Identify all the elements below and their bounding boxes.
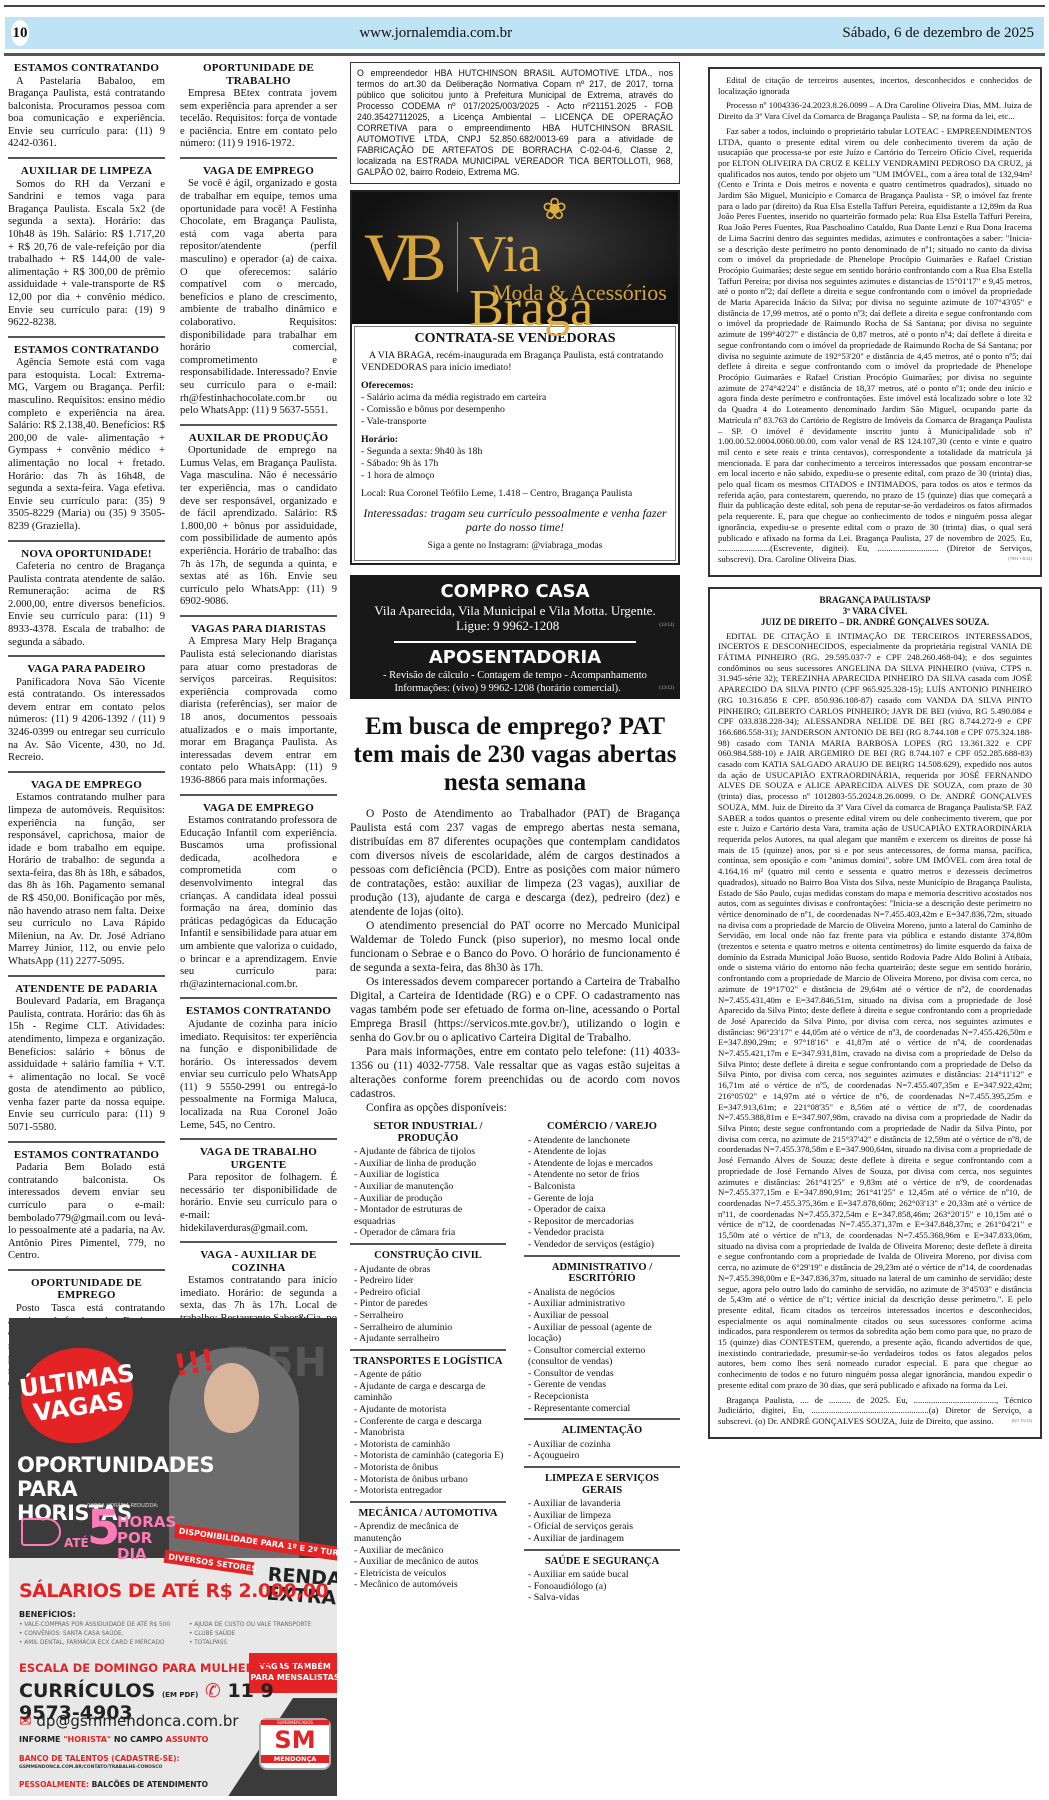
ad-title: VAGA PARA PADEIRO: [8, 663, 165, 676]
ad-title: VAGAS PARA DIARISTAS: [180, 623, 337, 636]
offer-item: - Comissão e bônus por desempenho: [361, 404, 669, 416]
banco-talentos-label: BANCO DE TALENTOS (CADASTRE-SE):: [19, 1754, 180, 1763]
job-item: - Manobrista: [350, 1427, 506, 1439]
ad-title: ESTAMOS CONTRATANDO: [180, 1005, 337, 1018]
ad-title: VAGA DE EMPREGO: [180, 165, 337, 178]
job-ad: VAGA DE TRABALHO URGENTEPara repositor d…: [180, 1146, 337, 1243]
exclamation-icon: !!!: [171, 1343, 218, 1385]
informe-text: NO CAMPO: [114, 1735, 163, 1744]
job-item: - Mecânico de automóveis: [350, 1579, 506, 1591]
ad-title: ESTAMOS CONTRATANDO: [8, 62, 165, 75]
page-number: 10: [11, 20, 29, 46]
job-item: - Oficial de serviços gerais: [524, 1521, 680, 1533]
job-item: - Serralheiro de alumínio: [350, 1322, 506, 1334]
job-item: - Auxiliar de mecânico de autos: [350, 1556, 506, 1568]
job-item: - Consultor comercial externo (consultor…: [524, 1345, 680, 1368]
notice-header: BRAGANÇA PAULISTA/SP 3ª VARA CÍVEL JUIZ …: [718, 595, 1032, 628]
job-item: - Auxiliar de lavanderia: [524, 1498, 680, 1510]
job-item: - Motorista de caminhão (categoria E): [350, 1450, 506, 1462]
informe-keyword: ASSUNTO: [166, 1735, 209, 1744]
ad-tag: (13/12): [659, 682, 674, 695]
job-category: ADMINISTRATIVO / ESCRITÓRIO- Analista de…: [524, 1262, 680, 1421]
benefit-item: • AJUDA DE CUSTO OU VALE TRANSPORTE: [189, 1621, 329, 1630]
job-item: - Ajudante de carga e descarga de caminh…: [350, 1381, 506, 1404]
job-item: - Motorista entregador: [350, 1485, 506, 1497]
job-ad: VAGAS PARA DIARISTASA Empresa Mary Help …: [180, 623, 337, 796]
notice-tag: (7951 • 6/12): [1000, 554, 1032, 565]
job-item: - Auxiliar de linha de produção: [350, 1158, 506, 1170]
pessoalmente-value: BALCÕES DE ATENDIMENTO: [92, 1780, 208, 1789]
job-ad: ESTAMOS CONTRATANDOPadaria Bem Bolado es…: [8, 1149, 165, 1271]
job-item: - Pedreiro líder: [350, 1275, 506, 1287]
legal-notices-column: Edital de citação de terceiros ausentes,…: [708, 67, 1042, 1439]
aposentadoria-info: Informações: (vivo) 9 9962-1208 (horário…: [356, 682, 674, 695]
category-title: LIMPEZA E SERVIÇOS GERAIS: [524, 1473, 680, 1496]
informe-line: INFORME "HORISTA" NO CAMPO ASSUNTO: [19, 1735, 208, 1744]
ad-title: VAGA DE EMPREGO: [8, 779, 165, 792]
job-item: - Auxiliar de mecânico: [350, 1545, 506, 1557]
classifieds-column-2: OPORTUNIDADE DE TRABALHOEmpresa BEtex co…: [180, 62, 337, 1401]
job-ad: NOVA OPORTUNIDADE!Cafeteria no centro de…: [8, 548, 165, 658]
category-title: COMÉRCIO / VAREJO: [524, 1121, 680, 1133]
aposentadoria-title: APOSENTADORIA: [356, 647, 674, 669]
job-item: - Pintor de paredes: [350, 1298, 506, 1310]
benefit-item: • TOTALPASS: [189, 1639, 329, 1648]
job-item: - Auxiliar de pessoal (agente de locação…: [524, 1322, 680, 1345]
offer-item: - Vale-transporte: [361, 416, 669, 428]
hours-label: Horário:: [361, 434, 669, 446]
notice-body: Faz saber a todos, incluindo o proprietá…: [718, 126, 1032, 565]
ad-tag: (13/12): [659, 618, 674, 633]
hours-item: - Sábado: 9h às 17h: [361, 458, 669, 470]
pessoalmente-line: PESSOALMENTE: BALCÕES DE ATENDIMENTO: [19, 1780, 208, 1789]
job-item: - Operador de câmara fria: [350, 1227, 506, 1239]
benefit-item: • CLUBE SAÚDE: [189, 1630, 329, 1639]
job-item: - Gerente de loja: [524, 1193, 680, 1205]
job-item: - Atendente no setor de frios: [524, 1169, 680, 1181]
job-item: - Ajudante de fábrica de tijolos: [350, 1146, 506, 1158]
job-category: COMÉRCIO / VAREJO- Atendente de lanchone…: [524, 1121, 680, 1257]
job-item: - Atendente de lanchonete: [524, 1135, 680, 1147]
job-item: - Vendedor de serviços (estágio): [524, 1239, 680, 1251]
via-braga-body: CONTRATA-SE VENDEDORAS A VIA BRAGA, recé…: [354, 326, 676, 561]
classifieds-column-1: ESTAMOS CONTRATANDOA Pastelaria Babaloo,…: [8, 62, 165, 1416]
ad-body: Cafeteria no centro de Bragança Paulista…: [8, 561, 165, 649]
job-item: - Auxiliar de limpeza: [524, 1510, 680, 1522]
job-item: - Auxiliar de pessoal: [524, 1310, 680, 1322]
via-braga-banner: ❀ VB Via Braga Moda & Acessórios: [352, 192, 678, 324]
job-ad: ESTAMOS CONTRATANDOA Pastelaria Babaloo,…: [8, 62, 165, 159]
instagram-handle[interactable]: Siga a gente no Instagram: @viabraga_mod…: [361, 540, 669, 552]
brand-tagline: Moda & Acessórios: [492, 280, 667, 306]
notice-process: Processo nº 1004336-24.2023.8.26.0099 – …: [718, 100, 1032, 121]
job-item: - Recepcionista: [524, 1391, 680, 1403]
job-category: SETOR INDUSTRIAL / PRODUÇÃO- Ajudante de…: [350, 1121, 506, 1245]
job-item: - Agente de pátio: [350, 1369, 506, 1381]
banco-talentos-url[interactable]: GSMMENDONCA.COM.BR/CONTATO/TRABALHE-CONO…: [19, 1765, 162, 1770]
ad-body: Estamos contratando professora de Educaç…: [180, 815, 337, 991]
article-paragraph: O Posto de Atendimento ao Trabalhador (P…: [350, 807, 680, 919]
job-item: - Operador de caixa: [524, 1204, 680, 1216]
ad-title: VAGA DE TRABALHO URGENTE: [180, 1146, 337, 1171]
call-to-action: Interessadas: tragam seu currículo pesso…: [361, 506, 669, 534]
job-ad: VAGA DE EMPREGOEstamos contratando mulhe…: [8, 779, 165, 977]
job-item: - Eletricista de veículos: [350, 1568, 506, 1580]
top-rule: [4, 5, 1045, 7]
email-address[interactable]: dp@gsmmendonca.com.br: [36, 1712, 238, 1730]
job-item: - Atendente de lojas e mercados: [524, 1158, 680, 1170]
job-ad: OPORTUNIDADE DE TRABALHOEmpresa BEtex co…: [180, 62, 337, 159]
benefit-item: • VALE-COMPRAS POR ASSIDUIDADE DE ATÉ R$…: [19, 1621, 189, 1630]
ad-body: Empresa BEtex contrata jovem sem experiê…: [180, 88, 337, 151]
categories-left: SETOR INDUSTRIAL / PRODUÇÃO- Ajudante de…: [350, 1121, 506, 1613]
ad-title: AUXILAR DE PRODUÇÃO: [180, 432, 337, 445]
job-item: - Auxiliar de produção: [350, 1193, 506, 1205]
info-text: Informações: (vivo) 9 9962-1208 (horário…: [395, 683, 621, 694]
ad-title: ESTAMOS CONTRATANDO: [8, 344, 165, 357]
job-item: - Motorista de caminhão: [350, 1439, 506, 1451]
job-item: - Vendedor pracista: [524, 1227, 680, 1239]
ad-title: ATENDENTE DE PADARIA: [8, 983, 165, 996]
job-item: - Representante comercial: [524, 1403, 680, 1415]
job-item: - Salva-vidas: [524, 1592, 680, 1604]
ad-title: OPORTUNIDADE DE EMPREGO: [8, 1277, 165, 1302]
notice-court: 3ª VARA CÍVEL: [718, 606, 1032, 617]
job-category: LIMPEZA E SERVIÇOS GERAIS- Auxiliar de l…: [524, 1473, 680, 1551]
job-ad: ESTAMOS CONTRATANDOAjudante de cozinha p…: [180, 1005, 337, 1140]
compro-casa-line: Vila Aparecida, Vila Municipal e Vila Mo…: [356, 603, 674, 618]
classified-box: COMPRO CASA Vila Aparecida, Vila Municip…: [350, 575, 680, 699]
job-item: - Repositor de mercadorias: [524, 1216, 680, 1228]
ad-title: OPORTUNIDADE DE TRABALHO: [180, 62, 337, 87]
job-item: - Atendente de lojas: [524, 1146, 680, 1158]
offer-label: Oferecemos:: [361, 380, 669, 392]
job-categories: SETOR INDUSTRIAL / PRODUÇÃO- Ajudante de…: [350, 1121, 680, 1613]
sm-mendonca-logo: SUPERMERCADOS SM MENDONÇA: [259, 1718, 331, 1770]
job-category: CONSTRUÇÃO CIVIL- Ajudante de obras- Ped…: [350, 1250, 506, 1351]
job-item: - Analista de negócios: [524, 1287, 680, 1299]
hours-item: - 1 hora de almoço: [361, 470, 669, 482]
job-item: - Auxiliar de jardinagem: [524, 1533, 680, 1545]
ad-body: A Pastelaria Babaloo, em Bragança Paulis…: [8, 76, 165, 152]
benefit-item: • CONVÊNIOS: SANTA CASA SAÚDE,: [19, 1630, 189, 1639]
job-item: - Auxiliar de cozinha: [524, 1439, 680, 1451]
article-paragraph: Os interessados devem comparecer portand…: [350, 975, 680, 1045]
legal-notice-1: Edital de citação de terceiros ausentes,…: [708, 67, 1042, 577]
article-paragraph: Para mais informações, entre em contato …: [350, 1045, 680, 1101]
job-item: - Motorista de ônibus urbano: [350, 1474, 506, 1486]
whatsapp-icon: ✆: [205, 1680, 221, 1702]
location: Local: Rua Coronel Teófilo Leme, 1.418 –…: [361, 488, 669, 500]
ad-title: VAGA DE EMPREGO: [180, 802, 337, 815]
job-category: TRANSPORTES E LOGÍSTICA- Agente de pátio…: [350, 1356, 506, 1503]
notice-body: EDITAL DE CITAÇÃO E INTIMAÇÃO DE TERCEIR…: [718, 631, 1032, 1391]
job-item: - Ajudante de obras: [350, 1264, 506, 1276]
divider: [394, 641, 636, 643]
ad-body: Padaria Bem Bolado está contratando balc…: [8, 1162, 165, 1263]
ad-title: NOVA OPORTUNIDADE!: [8, 548, 165, 561]
em-pdf-label: (EM PDF): [162, 1691, 198, 1699]
megaphone-icon: [21, 1518, 61, 1546]
informe-keyword: "HORISTA": [63, 1735, 111, 1744]
job-ad: VAGA PARA PADEIROPanificadora Nova São V…: [8, 663, 165, 773]
salary-line: SÁLARIOS DE ATÉ R$ 2.000,00: [19, 1580, 328, 1602]
notice-tag: (6/1 15/12): [1004, 1416, 1032, 1427]
five-number: 5: [87, 1504, 120, 1552]
job-ad: VAGA DE EMPREGOSe você é ágil, organizad…: [180, 165, 337, 426]
job-item: - Motorista de ônibus: [350, 1462, 506, 1474]
ad-title: AUXILIAR DE LIMPEZA: [8, 165, 165, 178]
job-item: - Açougueiro: [524, 1450, 680, 1462]
vb-monogram: VB: [364, 222, 434, 292]
notice-closing: Bragança Paulista, .... de .......... de…: [718, 1395, 1032, 1427]
job-category: MECÂNICA / AUTOMOTIVA- Aprendiz de mecân…: [350, 1508, 506, 1595]
job-item: - Auxiliar de manutenção: [350, 1181, 506, 1193]
article-paragraph: Confira as opções disponíveis:: [350, 1101, 680, 1115]
notice-judge: JUIZ DE DIREITO – DR. ANDRÉ GONÇALVES SO…: [718, 617, 1032, 628]
ad-title: VAGA - AUXILIAR DE COZINHA: [180, 1249, 337, 1274]
job-item: - Pedreiro oficial: [350, 1287, 506, 1299]
job-item: - Ajudante de motorista: [350, 1404, 506, 1416]
ad-body: Somos do RH da Verzani e Sandrini e temo…: [8, 179, 165, 330]
job-item: - Auxiliar em saúde bucal: [524, 1569, 680, 1581]
notice-city: BRAGANÇA PAULISTA/SP: [718, 595, 1032, 606]
job-item: - Gerente de vendas: [524, 1379, 680, 1391]
notice-heading: Edital de citação de terceiros ausentes,…: [718, 75, 1032, 96]
ate-label: ATÉ: [64, 1536, 89, 1550]
via-braga-ad: ❀ VB Via Braga Moda & Acessórios CONTRAT…: [350, 190, 680, 565]
pessoalmente-label: PESSOALMENTE:: [19, 1780, 89, 1789]
notice-text: Faz saber a todos, incluindo o proprietá…: [718, 126, 1032, 564]
job-item: - Montador de estruturas de esquadrias: [350, 1204, 506, 1227]
category-title: ADMINISTRATIVO / ESCRITÓRIO: [524, 1262, 680, 1285]
legal-notice-2: BRAGANÇA PAULISTA/SP 3ª VARA CÍVEL JUIZ …: [708, 587, 1042, 1439]
center-column: O empreendedor HBA HUTCHINSON BRASIL AUT…: [350, 62, 680, 1613]
category-title: ALIMENTAÇÃO: [524, 1425, 680, 1437]
aposentadoria-line: - Revisão de cálculo - Contagem de tempo…: [356, 669, 674, 682]
job-item: - Serralheiro: [350, 1310, 506, 1322]
job-item: - Aprendiz de mecânica de manutenção: [350, 1521, 506, 1544]
ad-body: Panificadora Nova São Vicente está contr…: [8, 677, 165, 765]
ad-body: Para repositor de folhagem. É necessário…: [180, 1172, 337, 1235]
compro-casa-title: COMPRO CASA: [356, 581, 674, 603]
job-item: - Ajudante serralheiro: [350, 1333, 506, 1345]
offer-item: - Salário acima da média registrado em c…: [361, 392, 669, 404]
job-ad: ESTAMOS CONTRATANDOAgência Semote está c…: [8, 344, 165, 542]
category-title: SETOR INDUSTRIAL / PRODUÇÃO: [350, 1121, 506, 1144]
job-ad: AUXILAR DE PRODUÇÃOOportunidade de empre…: [180, 432, 337, 617]
informe-text: INFORME: [19, 1735, 61, 1744]
ad-body: Boulevard Padaria, em Bragança Paulista,…: [8, 996, 165, 1135]
category-title: MECÂNICA / AUTOMOTIVA: [350, 1508, 506, 1520]
job-ad: ATENDENTE DE PADARIABoulevard Padaria, e…: [8, 983, 165, 1143]
job-category: SAÚDE E SEGURANÇA- Auxiliar em saúde buc…: [524, 1556, 680, 1608]
closing-text: Bragança Paulista, .... de .......... de…: [718, 1395, 1032, 1426]
compro-casa-phone: Ligue: 9 9962-1208 (13/12): [356, 618, 674, 633]
ad-body: Ajudante de cozinha para início imediato…: [180, 1019, 337, 1132]
hba-license-notice: O empreendedor HBA HUTCHINSON BRASIL AUT…: [350, 62, 680, 184]
pat-article: Em busca de emprego? PAT tem mais de 230…: [350, 713, 680, 1613]
hours-item: - Segunda a sexta: 9h40 às 18h: [361, 446, 669, 458]
ad-body: Agência Semote está com vaga para estoqu…: [8, 357, 165, 533]
category-title: CONSTRUÇÃO CIVIL: [350, 1250, 506, 1262]
lotus-icon: ❀: [542, 192, 567, 227]
categories-right: COMÉRCIO / VAREJO- Atendente de lanchone…: [524, 1121, 680, 1613]
job-ad: AUXILIAR DE LIMPEZASomos do RH da Verzan…: [8, 165, 165, 338]
sm-mendonca-ad: 5 5H 5 !!! ÚLTIMAS VAGAS OPORTUNIDADES P…: [9, 1318, 337, 1796]
benefit-item: • AMIL DENTAL, FARMÁCIA ECX CARD E MERCA…: [19, 1639, 189, 1648]
job-category: ALIMENTAÇÃO- Auxiliar de cozinha- Açougu…: [524, 1425, 680, 1468]
issue-date: Sábado, 6 de dezembro de 2025: [842, 25, 1034, 42]
phone-text: Ligue: 9 9962-1208: [456, 618, 559, 633]
job-item: - Conferente de carga e descarga: [350, 1416, 506, 1428]
ad-body: A Empresa Mary Help Bragança Paulista es…: [180, 636, 337, 787]
logo-sm: SM: [261, 1725, 329, 1755]
benefits-label: BENEFÍCIOS:: [19, 1610, 76, 1619]
job-item: - Fonoaudiólogo (a): [524, 1581, 680, 1593]
job-item: - Balconista: [524, 1181, 680, 1193]
email-line: ✉ dp@gsmmendonca.com.br: [19, 1712, 239, 1730]
escala-line: ESCALA DE DOMINGO PARA MULHERES 1 X 1: [19, 1661, 308, 1675]
ad-body: Estamos contratando mulher para limpeza …: [8, 792, 165, 968]
curriculos-label: CURRÍCULOS: [19, 1680, 155, 1702]
ad-intro: A VIA BRAGA, recém-inaugurada em Braganç…: [361, 350, 669, 374]
ad-body: Se você é ágil, organizado e gosta de tr…: [180, 178, 337, 417]
ad-title: ESTAMOS CONTRATANDO: [8, 1149, 165, 1162]
page-header: 10 www.jornalemdia.com.br Sábado, 6 de d…: [5, 17, 1044, 49]
logo-name: MENDONÇA: [261, 1755, 329, 1763]
envelope-icon: ✉: [19, 1712, 32, 1730]
job-item: - Auxiliar de logística: [350, 1169, 506, 1181]
ad-body: Oportunidade de emprego na Lumus Velas, …: [180, 445, 337, 609]
article-paragraph: O atendimento presencial do PAT ocorre n…: [350, 919, 680, 975]
divider: [457, 222, 458, 292]
benefits-list: • VALE-COMPRAS POR ASSIDUIDADE DE ATÉ R$…: [19, 1621, 329, 1648]
header-rule: [4, 53, 1045, 56]
job-item: - Auxiliar administrativo: [524, 1298, 680, 1310]
category-title: SAÚDE E SEGURANÇA: [524, 1556, 680, 1568]
category-title: TRANSPORTES E LOGÍSTICA: [350, 1356, 506, 1368]
job-ad: VAGA DE EMPREGOEstamos contratando profe…: [180, 802, 337, 1000]
job-item: - Consultor de vendas: [524, 1368, 680, 1380]
article-headline: Em busca de emprego? PAT tem mais de 230…: [350, 713, 680, 797]
site-url[interactable]: www.jornalemdia.com.br: [359, 25, 512, 42]
